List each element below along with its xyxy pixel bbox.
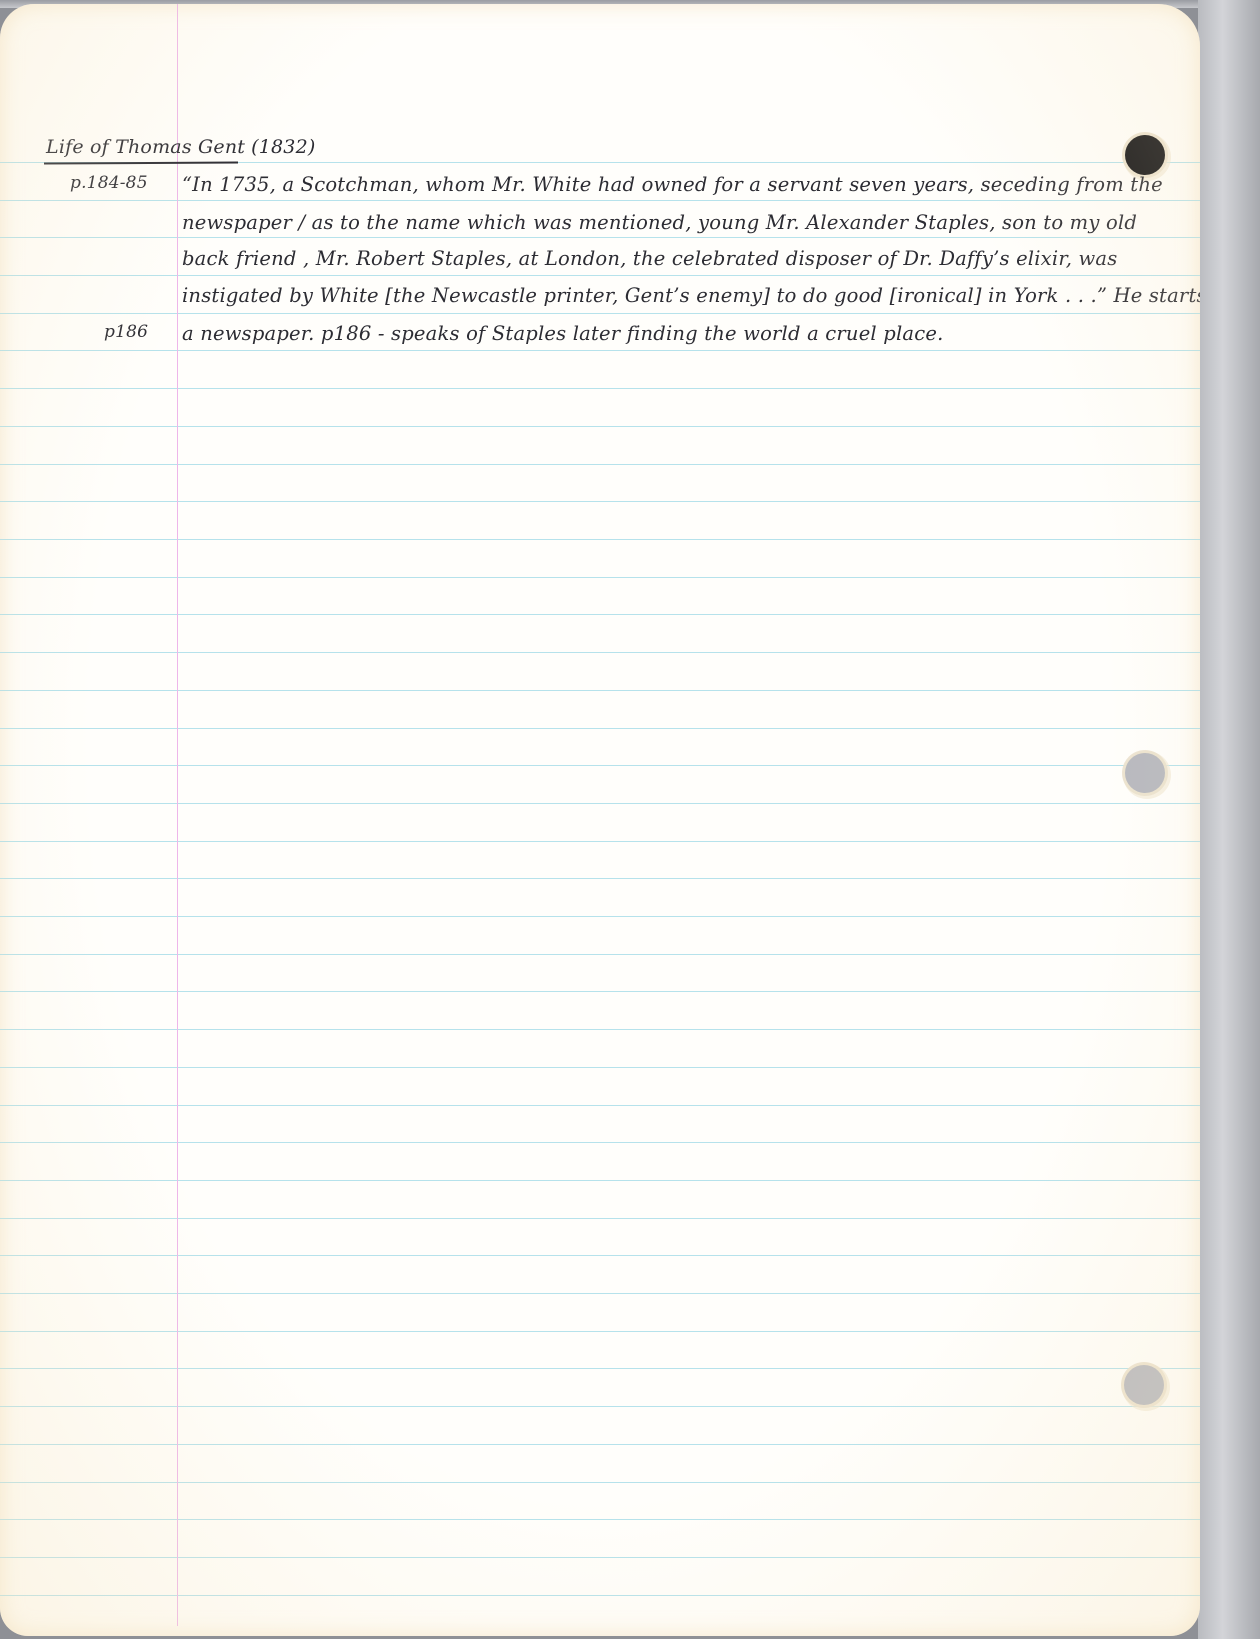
note-line: instigated by White [the Newcastle print…	[182, 286, 1200, 306]
ruled-line	[0, 350, 1200, 351]
ruled-line	[0, 200, 1200, 201]
hole-punch-top	[1125, 135, 1165, 175]
page-reference: p186	[104, 324, 148, 341]
ruled-line	[0, 841, 1200, 842]
ruled-line	[0, 275, 1200, 276]
ruled-line	[0, 237, 1200, 238]
ruled-line	[0, 539, 1200, 540]
title-underline	[44, 161, 238, 164]
ruled-line	[0, 690, 1200, 691]
ruled-line	[0, 1218, 1200, 1219]
ruled-line	[0, 1368, 1200, 1369]
ruled-line	[0, 1293, 1200, 1294]
hole-punch-middle	[1125, 753, 1165, 793]
scanner-background-right	[1198, 0, 1260, 1639]
ruled-line	[0, 878, 1200, 879]
title-year: (1832)	[251, 136, 315, 158]
ruled-line	[0, 313, 1200, 314]
ruled-line	[0, 1482, 1200, 1483]
note-line: newspaper / as to the name which was men…	[182, 213, 1137, 233]
ruled-line	[0, 765, 1200, 766]
ruled-line	[0, 1331, 1200, 1332]
ruled-line	[0, 1067, 1200, 1068]
ruled-line	[0, 728, 1200, 729]
note-line: back friend , Mr. Robert Staples, at Lon…	[182, 249, 1117, 269]
ruled-line	[0, 1595, 1200, 1596]
page-reference: p.184-85	[70, 175, 148, 192]
ruled-line	[0, 388, 1200, 389]
ruled-line	[0, 1519, 1200, 1520]
ruled-line	[0, 954, 1200, 955]
ruled-line	[0, 1105, 1200, 1106]
ruled-line	[0, 464, 1200, 465]
ruled-line	[0, 991, 1200, 992]
title-text: Life of Thomas Gent	[46, 136, 245, 158]
hole-punch-bottom	[1124, 1365, 1164, 1405]
page-title: Life of Thomas Gent(1832)	[46, 138, 316, 157]
ruled-line	[0, 501, 1200, 502]
ruled-line	[0, 426, 1200, 427]
ruled-line	[0, 1406, 1200, 1407]
margin-line	[177, 4, 178, 1626]
ruled-line	[0, 916, 1200, 917]
ruled-line	[0, 1180, 1200, 1181]
ruled-line	[0, 803, 1200, 804]
ruled-line	[0, 1029, 1200, 1030]
ruled-line	[0, 577, 1200, 578]
note-line: a newspaper. p186 - speaks of Staples la…	[182, 324, 943, 344]
notebook-page: Life of Thomas Gent(1832) p.184-85 “In 1…	[0, 4, 1200, 1636]
ruled-line	[0, 1255, 1200, 1256]
ruled-line	[0, 652, 1200, 653]
ruled-line	[0, 1444, 1200, 1445]
ruled-line	[0, 1557, 1200, 1558]
note-line: “In 1735, a Scotchman, whom Mr. White ha…	[182, 175, 1163, 195]
ruled-line	[0, 614, 1200, 615]
ruled-line	[0, 1142, 1200, 1143]
